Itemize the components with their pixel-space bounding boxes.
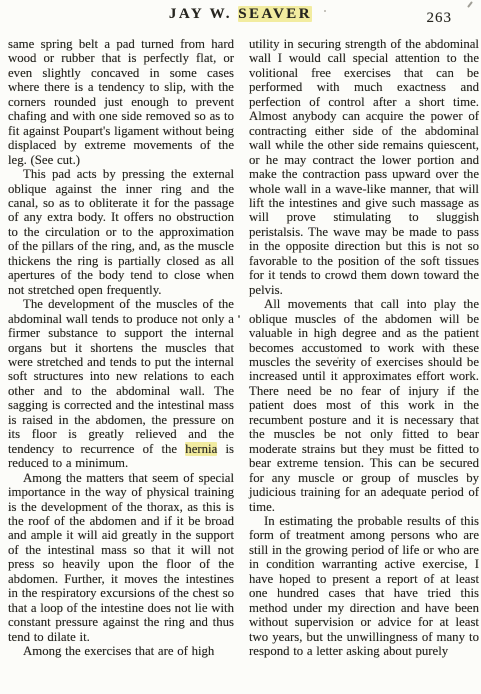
paragraph: The development of the muscles of the ab…	[8, 297, 234, 470]
text-run: The development of the muscles of the ab…	[8, 297, 234, 456]
text-run: Among the exercises that are of high	[23, 644, 214, 658]
search-highlight: SEAVER	[238, 6, 312, 22]
text-run: utility in securing strength of the abdo…	[249, 37, 479, 297]
paragraph: Among the exercises that are of high	[8, 644, 234, 658]
text-column-left: same spring belt a pad turned from hard …	[8, 37, 234, 658]
text-run: All movements that call into play the ob…	[249, 297, 479, 513]
book-page: JAY W. SEAVER 263 same spring belt a pad…	[0, 0, 481, 694]
search-highlight: hernia	[185, 442, 217, 456]
text-run: Among the matters that seem of special i…	[8, 471, 234, 644]
scan-speck	[238, 315, 240, 318]
scan-speck	[337, 357, 339, 359]
text-run: In estimating the probable results of th…	[249, 514, 479, 658]
running-title: JAY W. SEAVER	[0, 6, 481, 23]
paragraph: utility in securing strength of the abdo…	[249, 37, 479, 297]
text-run: same spring belt a pad turned from hard …	[8, 37, 234, 167]
paragraph: Among the matters that seem of special i…	[8, 471, 234, 644]
scan-speck	[324, 10, 326, 12]
paragraph: All movements that call into play the ob…	[249, 297, 479, 514]
paragraph: same spring belt a pad turned from hard …	[8, 37, 234, 167]
text-run: This pad acts by pressing the external o…	[8, 167, 234, 297]
paragraph: In estimating the probable results of th…	[249, 514, 479, 659]
page-header: JAY W. SEAVER 263	[0, 6, 481, 30]
text-body: same spring belt a pad turned from hard …	[8, 37, 479, 658]
text-column-right: utility in securing strength of the abdo…	[249, 37, 479, 658]
paragraph: This pad acts by pressing the external o…	[8, 167, 234, 297]
page-number: 263	[427, 10, 453, 27]
text-run: JAY W.	[169, 6, 238, 22]
